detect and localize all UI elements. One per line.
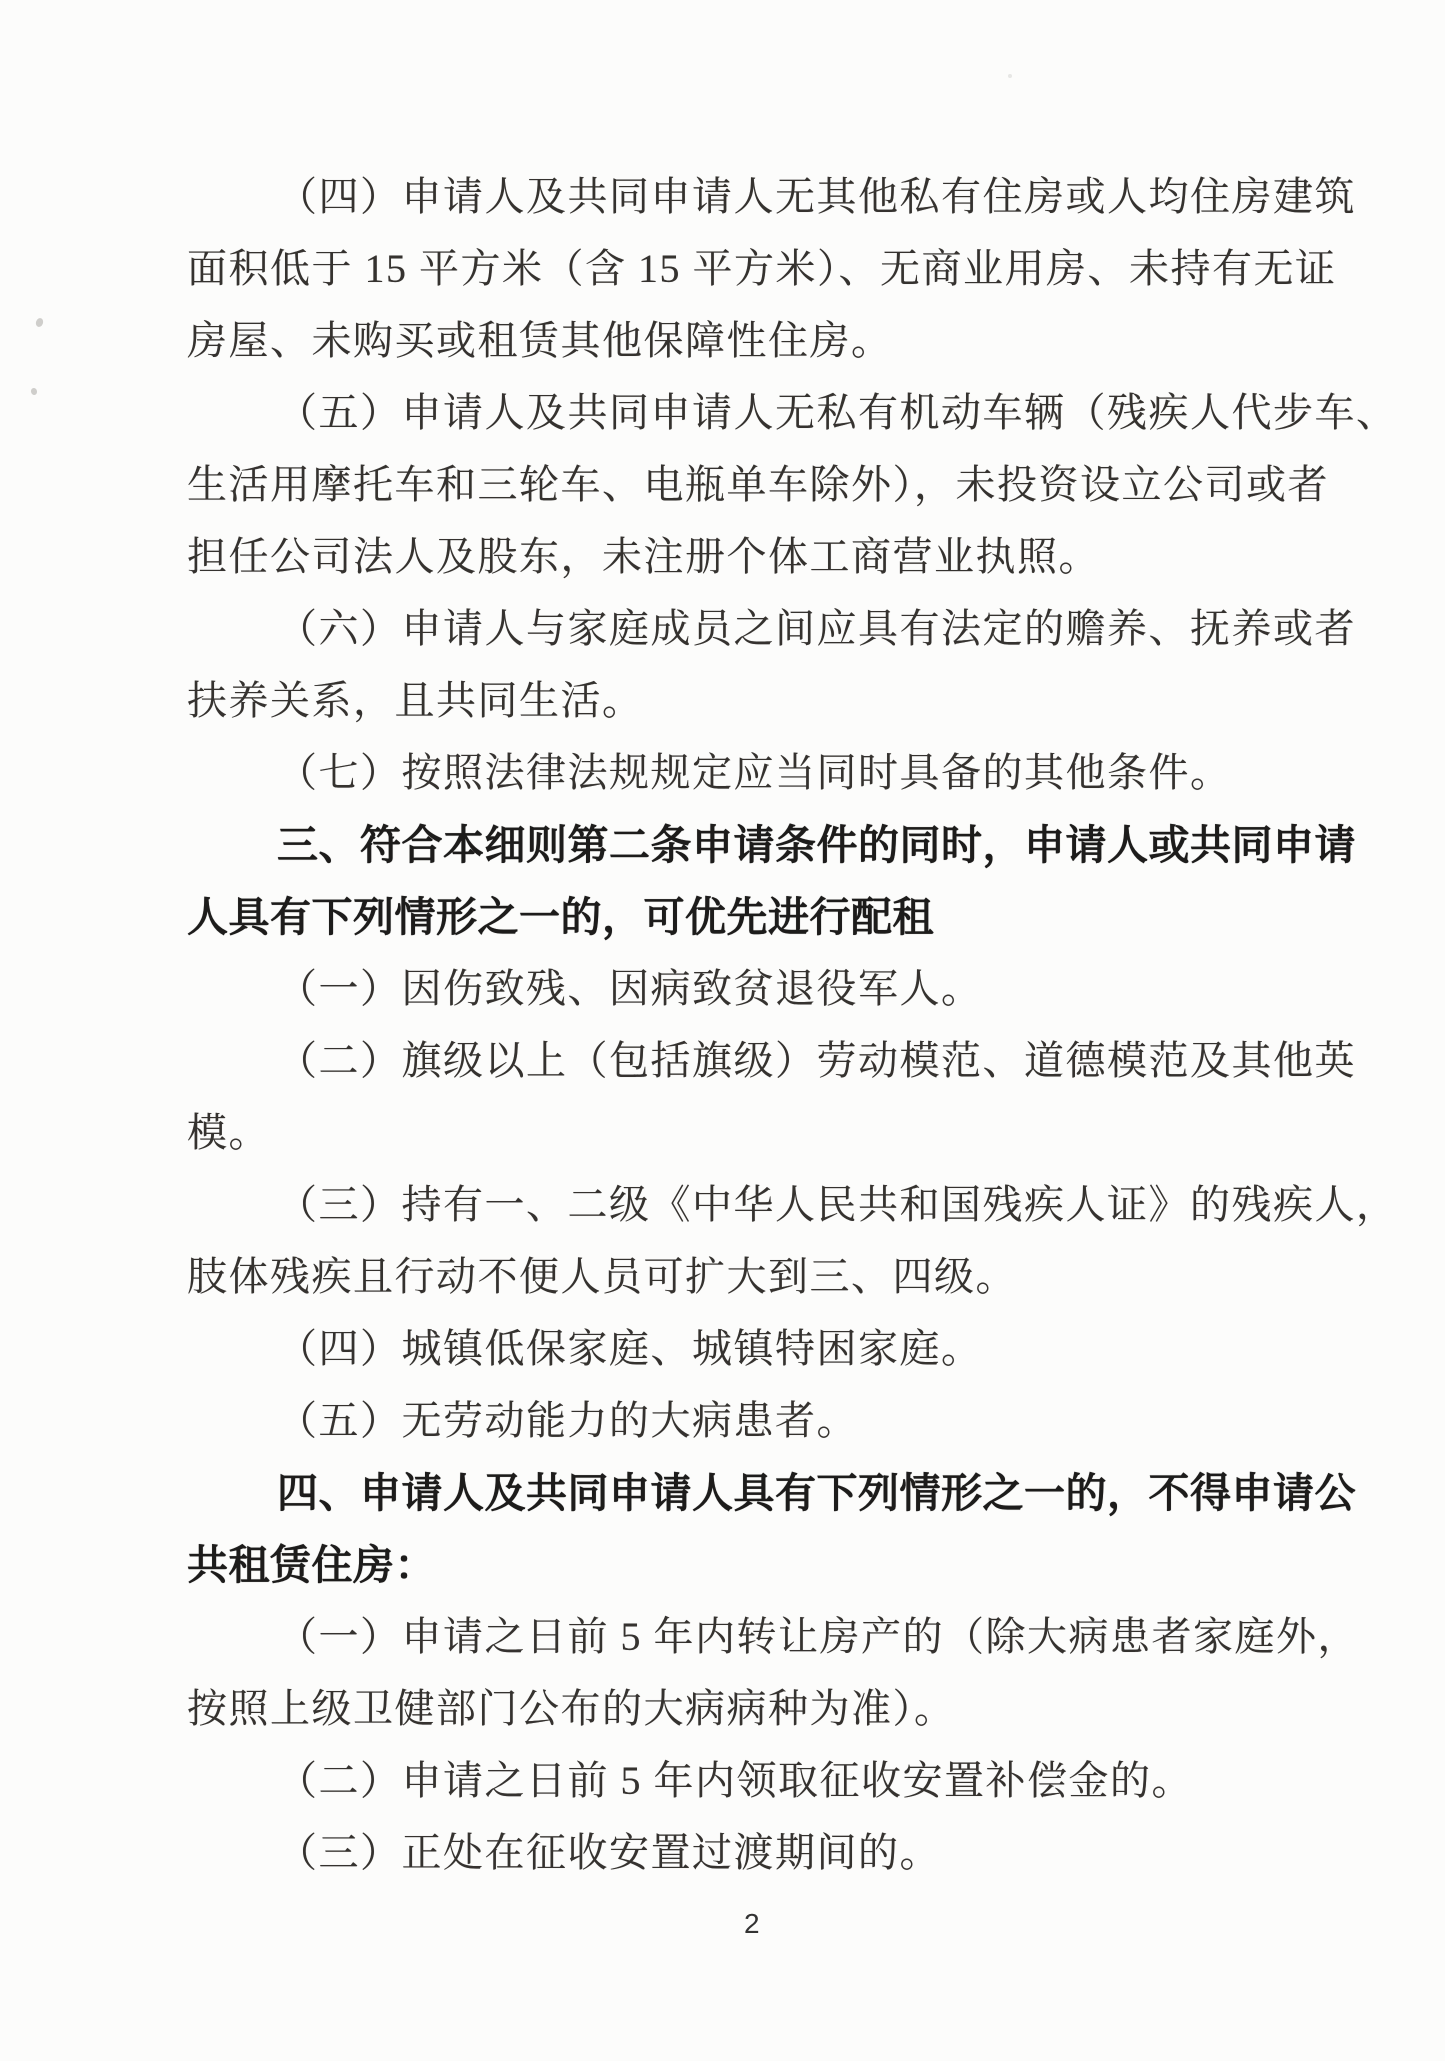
text-line: （三）正处在征收安置过渡期间的。 — [187, 1817, 1312, 1889]
scanned-document: { "page": { "number": "2", "background":… — [0, 0, 1445, 2061]
text-line: （一）申请之日前 5 年内转让房产的（除大病患者家庭外， — [187, 1601, 1312, 1673]
text-line: 担任公司法人及股东，未注册个体工商营业执照。 — [187, 521, 1312, 593]
text-line: （七）按照法律法规规定应当同时具备的其他条件。 — [187, 737, 1312, 809]
text-line: 扶养关系，且共同生活。 — [187, 665, 1312, 737]
text-line: （五）无劳动能力的大病患者。 — [187, 1385, 1312, 1457]
text-line: 肢体残疾且行动不便人员可扩大到三、四级。 — [187, 1241, 1312, 1313]
text-line: 面积低于 15 平方米（含 15 平方米）、无商业用房、未持有无证 — [187, 233, 1312, 305]
text-line: 按照上级卫健部门公布的大病病种为准）。 — [187, 1673, 1312, 1745]
text-line: 生活用摩托车和三轮车、电瓶单车除外），未投资设立公司或者 — [187, 449, 1312, 521]
text-line: （五）申请人及共同申请人无私有机动车辆（残疾人代步车、 — [187, 377, 1312, 449]
text-line: （四）城镇低保家庭、城镇特困家庭。 — [187, 1313, 1312, 1385]
text-line: （二）旗级以上（包括旗级）劳动模范、道德模范及其他英 — [187, 1025, 1312, 1097]
page: （四）申请人及共同申请人无其他私有住房或人均住房建筑 面积低于 15 平方米（含… — [0, 0, 1445, 2061]
text-line: （二）申请之日前 5 年内领取征收安置补偿金的。 — [187, 1745, 1312, 1817]
section-heading-line: 三、符合本细则第二条申请条件的同时，申请人或共同申请 — [187, 809, 1312, 881]
text-line: （三）持有一、二级《中华人民共和国残疾人证》的残疾人， — [187, 1169, 1312, 1241]
text-line: （一）因伤致残、因病致贫退役军人。 — [187, 953, 1312, 1025]
scan-artifact — [30, 387, 38, 395]
text-line: （四）申请人及共同申请人无其他私有住房或人均住房建筑 — [187, 161, 1312, 233]
scan-artifact — [35, 317, 45, 328]
page-number: 2 — [744, 1908, 760, 1940]
text-line: 模。 — [187, 1097, 1312, 1169]
section-heading-line: 共租赁住房： — [187, 1529, 1312, 1601]
text-line: （六）申请人与家庭成员之间应具有法定的赡养、抚养或者 — [187, 593, 1312, 665]
section-heading-line: 人具有下列情形之一的，可优先进行配租 — [187, 881, 1312, 953]
section-heading-line: 四、申请人及共同申请人具有下列情形之一的，不得申请公 — [187, 1457, 1312, 1529]
text-line: 房屋、未购买或租赁其他保障性住房。 — [187, 305, 1312, 377]
scan-artifact — [1008, 74, 1012, 78]
document-body: （四）申请人及共同申请人无其他私有住房或人均住房建筑 面积低于 15 平方米（含… — [187, 161, 1312, 1889]
